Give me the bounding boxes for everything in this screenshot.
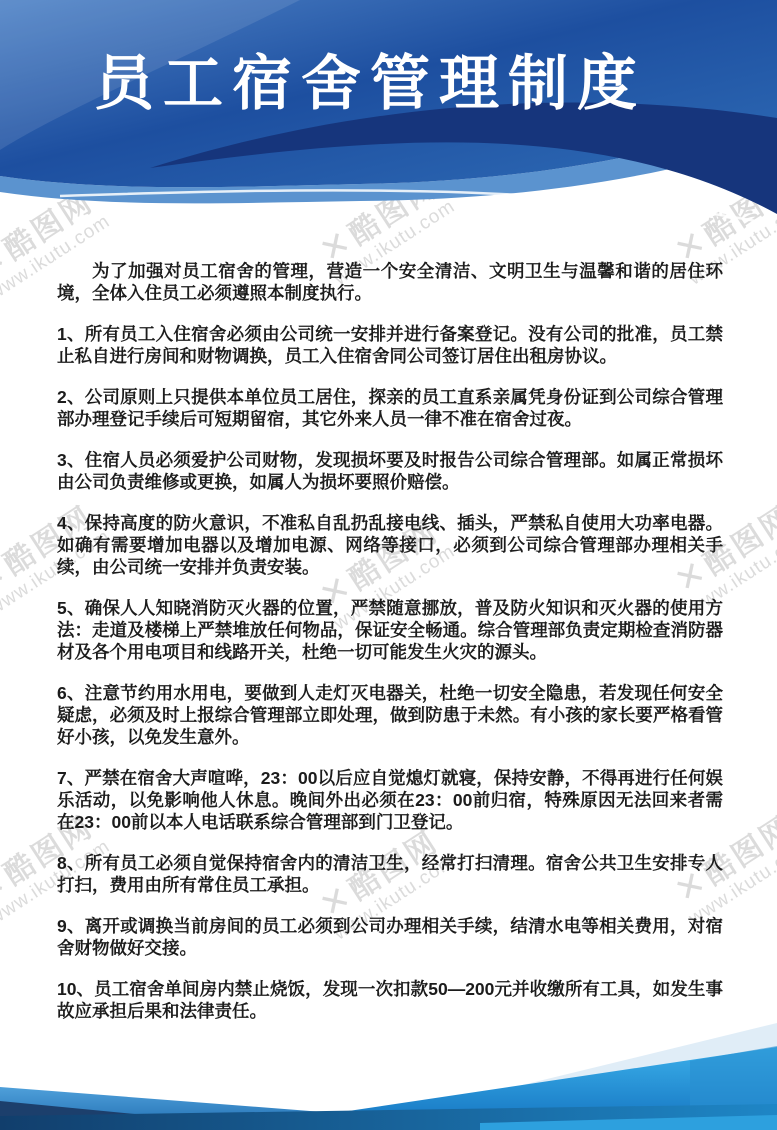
header-banner: 员工宿舍管理制度	[0, 0, 777, 235]
watermark-k-icon: ✕	[0, 237, 15, 286]
intro-paragraph: 为了加强对员工宿舍的管理，营造一个安全清洁、文明卫生与温馨和谐的居住环境，全体入…	[57, 260, 723, 304]
rule-paragraph-2: 2、公司原则上只提供本单位员工居住，探亲的员工直系亲属凭身份证到公司综合管理部办…	[57, 386, 723, 430]
footer-wave-graphic	[0, 1015, 777, 1130]
page-title: 员工宿舍管理制度	[94, 36, 646, 122]
rule-paragraph-1: 1、所有员工入住宿舍必须由公司统一安排并进行备案登记。没有公司的批准，员工禁止私…	[57, 323, 723, 367]
rule-paragraph-7: 7、严禁在宿舍大声喧哗，23：00以后应自觉熄灯就寝，保持安静，不得再进行任何娱…	[57, 767, 723, 833]
rule-paragraph-5: 5、确保人人知晓消防灭火器的位置，严禁随意挪放，普及防火知识和灭火器的使用方法：…	[57, 597, 723, 663]
rule-paragraph-8: 8、所有员工必须自觉保持宿舍内的清洁卫生，经常打扫清理。宿舍公共卫生安排专人打扫…	[57, 852, 723, 896]
rule-paragraph-6: 6、注意节约用水用电，要做到人走灯灭电器关，杜绝一切安全隐患，若发现任何安全疑虑…	[57, 682, 723, 748]
rule-paragraph-4: 4、保持高度的防火意识，不准私自乱扔乱接电线、插头，严禁私自使用大功率电器。如确…	[57, 512, 723, 578]
rule-paragraph-9: 9、离开或调换当前房间的员工必须到公司办理相关手续，结清水电等相关费用，对宿舍财…	[57, 915, 723, 959]
watermark-k-icon: ✕	[0, 552, 15, 601]
rule-paragraph-3: 3、住宿人员必须爱护公司财物，发现损坏要及时报告公司综合管理部。如属正常损坏由公…	[57, 449, 723, 493]
rules-document: 为了加强对员工宿舍的管理，营造一个安全清洁、文明卫生与温馨和谐的居住环境，全体入…	[57, 260, 723, 1041]
watermark-k-icon: ✕	[0, 862, 15, 911]
footer-banner	[0, 1015, 777, 1130]
